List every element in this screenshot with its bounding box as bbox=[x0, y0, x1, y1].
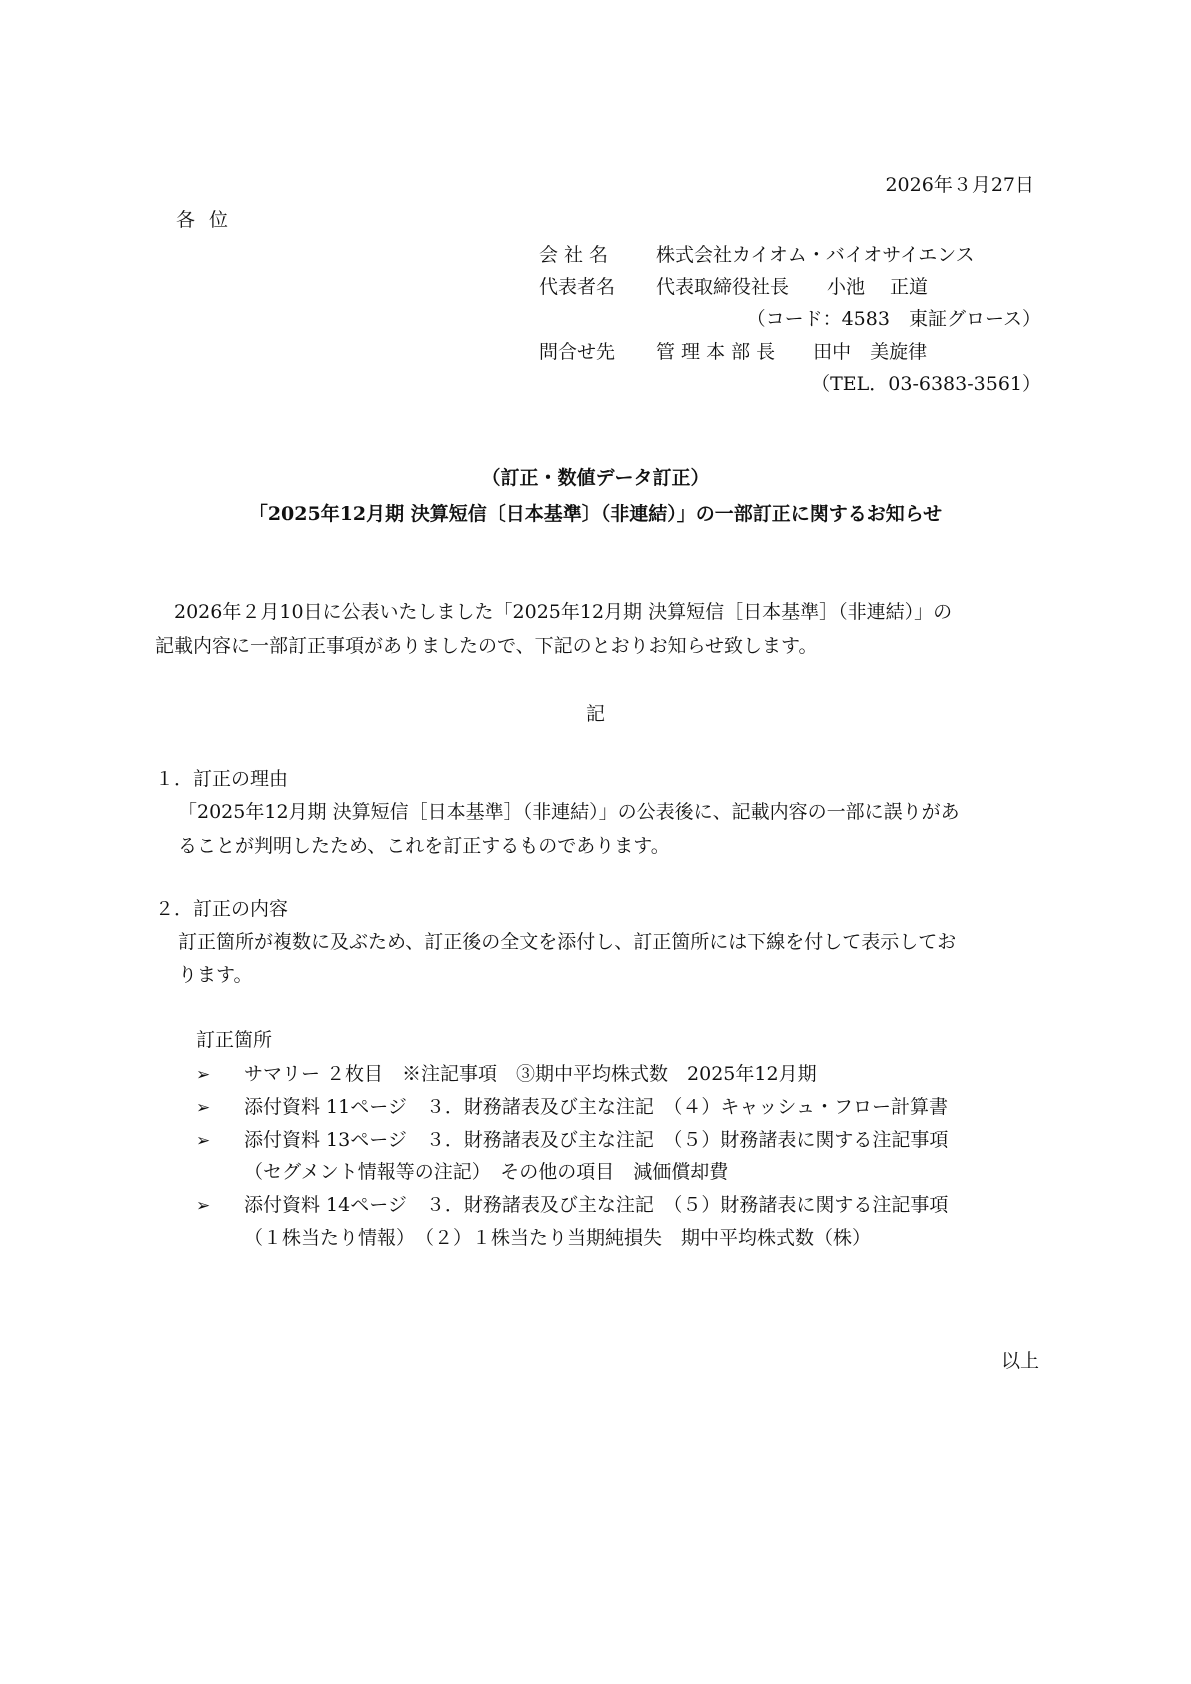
intro-line-2: 記載内容に一部訂正事項がありましたので、下記のとおりお知らせ致します。 bbox=[155, 637, 818, 656]
correction-item-text: 添付資料 11ページ ３．財務諸表及び主な注記 （４）キャッシュ・フロー計算書 bbox=[244, 1096, 948, 1118]
closing-mark: 以上 bbox=[1001, 1352, 1039, 1371]
correction-item-continuation: （セグメント情報等の注記） その他の項目 減価償却費 bbox=[244, 1163, 728, 1182]
section-content-line-1: 訂正箇所が複数に及ぶため、訂正後の全文を添付し、訂正箇所には下線を付して表示して… bbox=[178, 933, 956, 952]
correction-item-continuation: （１株当たり情報） （２）１株当たり当期純損失 期中平均株式数（株） bbox=[244, 1229, 871, 1248]
section-content-line-2: ります。 bbox=[178, 966, 252, 985]
title-subheading: （訂正・数値データ訂正） bbox=[0, 469, 1191, 488]
document-date: 2026年３月27日 bbox=[885, 176, 1034, 195]
arrow-bullet-icon: ➢ bbox=[196, 1133, 244, 1150]
section-content-heading: ２．訂正の内容 bbox=[155, 900, 288, 919]
representative-row: 代表者名代表取締役社長 小池 正道 bbox=[539, 278, 928, 297]
representative-name: 代表取締役社長 小池 正道 bbox=[656, 278, 928, 297]
correction-item: ➢添付資料 13ページ ３．財務諸表及び主な注記 （５）財務諸表に関する注記事項 bbox=[196, 1131, 948, 1150]
contact-person: 管 理 本 部 長 田中 美旋律 bbox=[656, 343, 927, 362]
company-name: 株式会社カイオム・バイオサイエンス bbox=[656, 246, 975, 265]
addressee: 各位 bbox=[176, 211, 242, 230]
document-page: { "header": { "date": "2026年３月27日", "add… bbox=[0, 0, 1191, 1684]
intro-line-1: 2026年２月10日に公表いたしました「2025年12月期 決算短信［日本基準］… bbox=[155, 603, 952, 622]
correction-item: ➢添付資料 14ページ ３．財務諸表及び主な注記 （５）財務諸表に関する注記事項 bbox=[196, 1196, 948, 1215]
ki-heading: 記 bbox=[0, 705, 1191, 724]
corrections-label: 訂正箇所 bbox=[196, 1031, 272, 1050]
correction-item: ➢サマリー ２枚目 ※注記事項 ③期中平均株式数 2025年12月期 bbox=[196, 1065, 817, 1084]
company-row: 会社名株式会社カイオム・バイオサイエンス bbox=[539, 246, 975, 265]
contact-row: 問合せ先管 理 本 部 長 田中 美旋律 bbox=[539, 343, 927, 362]
section-reason-line-1: 「2025年12月期 決算短信［日本基準］（非連結）」の公表後に、記載内容の一部… bbox=[178, 803, 960, 822]
correction-item: ➢添付資料 11ページ ３．財務諸表及び主な注記 （４）キャッシュ・フロー計算書 bbox=[196, 1098, 948, 1117]
contact-label: 問合せ先 bbox=[539, 343, 656, 362]
arrow-bullet-icon: ➢ bbox=[196, 1100, 244, 1117]
correction-item-text: サマリー ２枚目 ※注記事項 ③期中平均株式数 2025年12月期 bbox=[244, 1063, 817, 1085]
stock-code: （コード：4583 東証グロース） bbox=[747, 310, 1041, 329]
page-title: 「2025年12月期 決算短信〔日本基準〕（非連結）」の一部訂正に関するお知らせ bbox=[0, 505, 1191, 524]
correction-item-text: 添付資料 14ページ ３．財務諸表及び主な注記 （５）財務諸表に関する注記事項 bbox=[244, 1194, 948, 1216]
correction-item-text: 添付資料 13ページ ３．財務諸表及び主な注記 （５）財務諸表に関する注記事項 bbox=[244, 1129, 948, 1151]
contact-tel: （TEL．03-6383-3561） bbox=[811, 375, 1041, 394]
arrow-bullet-icon: ➢ bbox=[196, 1067, 244, 1084]
company-label: 会社名 bbox=[539, 246, 656, 265]
section-reason-line-2: ることが判明したため、これを訂正するものであります。 bbox=[178, 837, 670, 856]
section-reason-heading: １．訂正の理由 bbox=[155, 770, 288, 789]
arrow-bullet-icon: ➢ bbox=[196, 1198, 244, 1215]
representative-label: 代表者名 bbox=[539, 278, 656, 297]
